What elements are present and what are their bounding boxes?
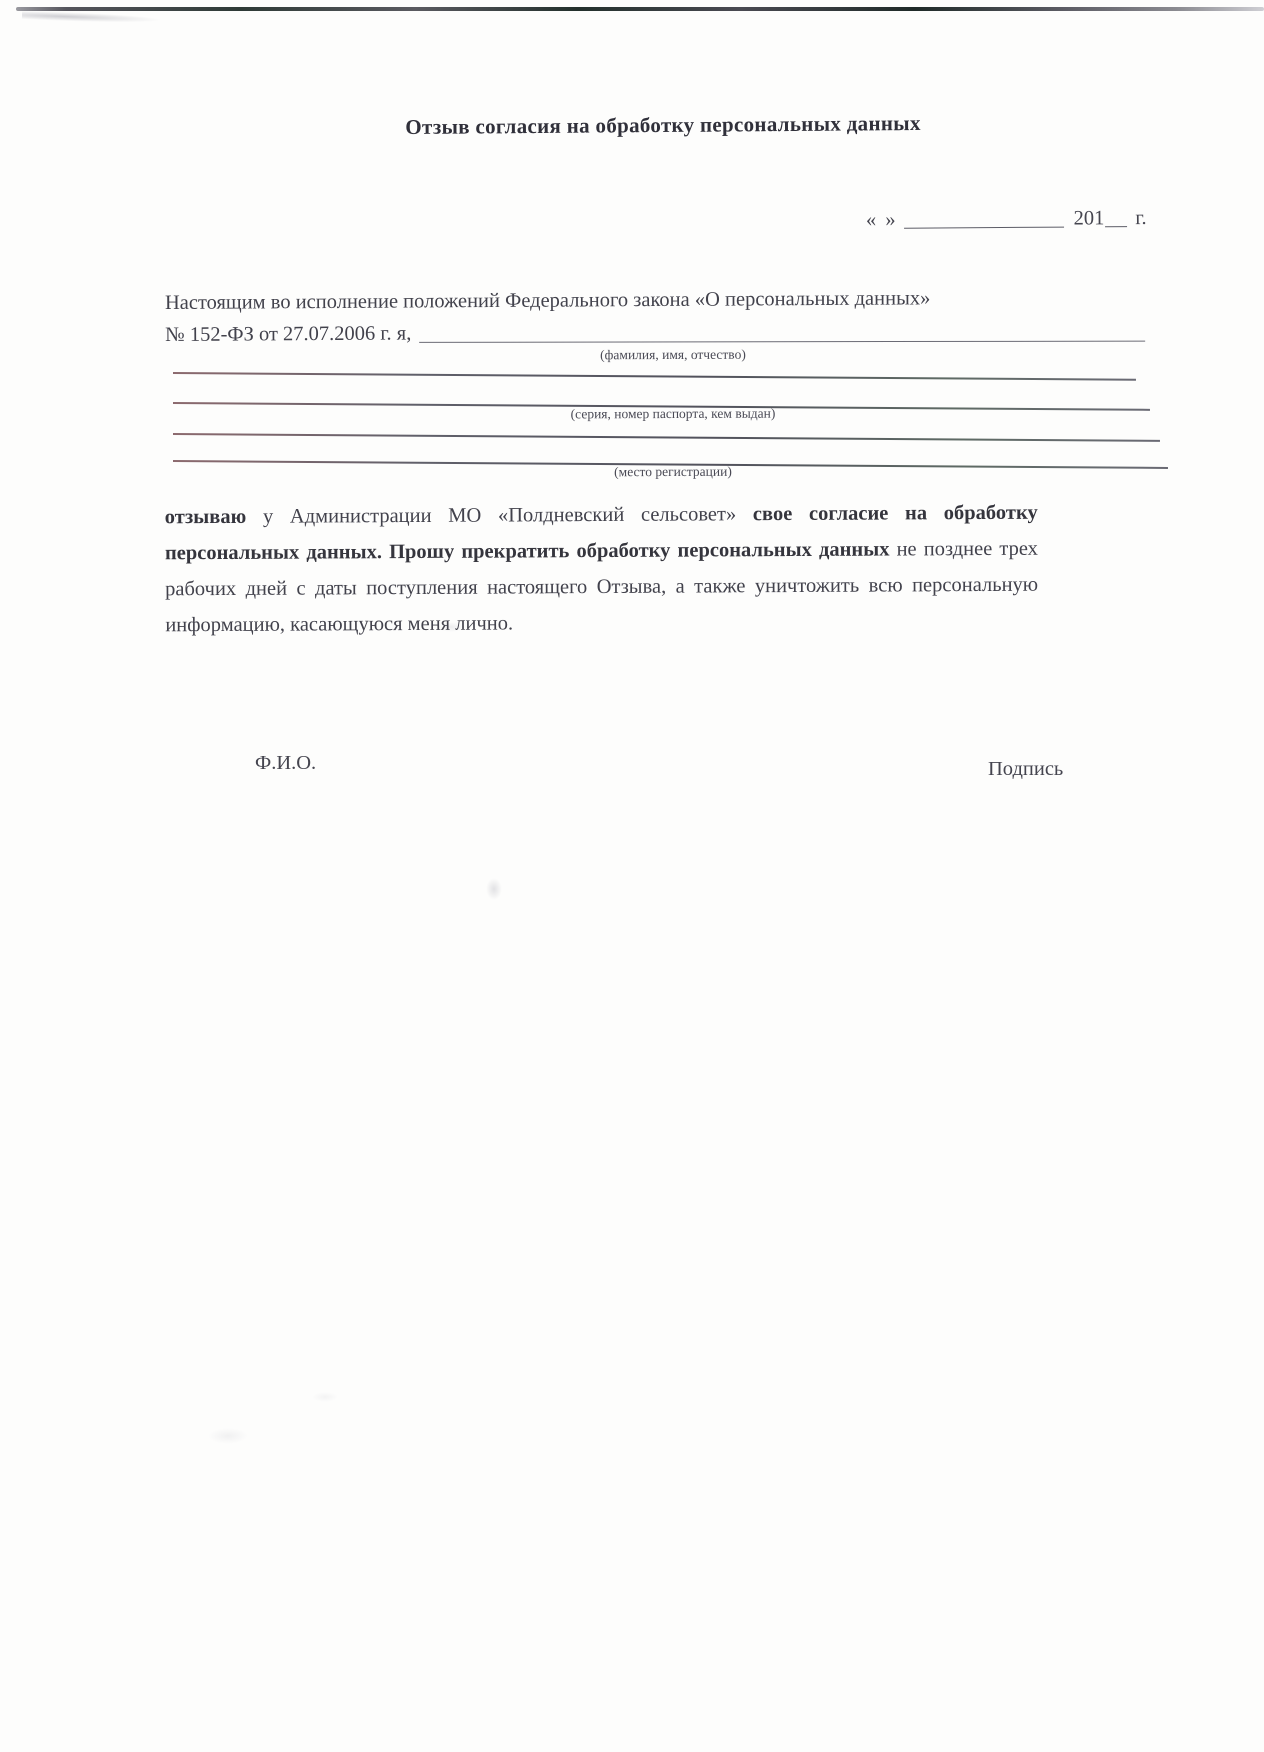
- scan-smudge-artifact: [208, 1428, 248, 1444]
- field-label-full-name: (фамилия, имя, отчество): [173, 345, 1173, 364]
- document-title: Отзыв согласия на обработку персональных…: [0, 108, 1264, 143]
- date-line: « » 201 г.: [866, 207, 1147, 232]
- scan-smudge-artifact: [486, 878, 502, 900]
- scanned-document-page: Отзыв согласия на обработку персональных…: [0, 0, 1264, 1752]
- intro-paragraph: Настоящим во исполнение положений Федера…: [165, 281, 1145, 351]
- full-name-blank-line: [419, 340, 1145, 343]
- date-year-suffix: г.: [1135, 207, 1146, 230]
- date-year-blank-line: [1105, 225, 1127, 227]
- field-label-passport: (серия, номер паспорта, кем выдан): [173, 404, 1173, 423]
- withdrawal-paragraph-bold-1: отзываю: [165, 506, 247, 528]
- blank-line-passport-continued: [173, 433, 1160, 441]
- blank-line-name-continued: [173, 372, 1136, 380]
- intro-line-2-text: № 152-ФЗ от 27.07.2006 г. я,: [165, 317, 411, 351]
- scan-smudge-artifact: [22, 11, 162, 25]
- date-year-prefix: 201: [1074, 207, 1105, 230]
- withdrawal-paragraph-regular-1: у Администрации МО «Полдневский сельсове…: [246, 503, 753, 528]
- withdrawal-paragraph: отзываю у Администрации МО «Полдневский …: [165, 495, 1039, 644]
- scan-smudge-artifact: [312, 1392, 338, 1402]
- signature-label: Подпись: [988, 758, 1063, 781]
- signatory-name-label: Ф.И.О.: [255, 752, 316, 775]
- field-label-registration: (место регистрации): [173, 462, 1173, 481]
- date-month-blank-line: [904, 226, 1064, 229]
- date-day-quotes: « »: [866, 209, 898, 232]
- scan-edge-artifact: [16, 7, 1264, 11]
